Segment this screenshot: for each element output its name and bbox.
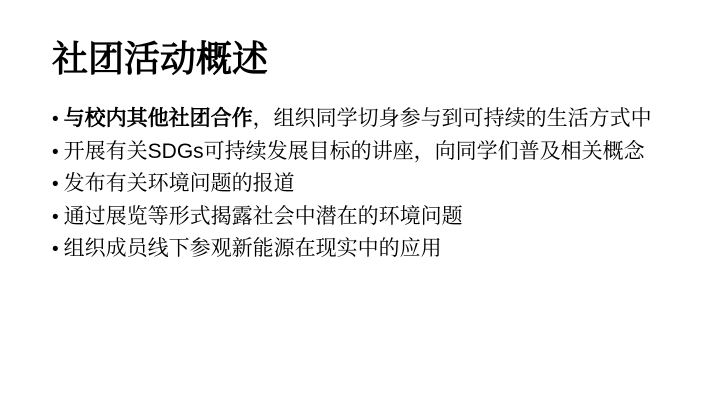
bullet-text: 通过展览等形式揭露社会中潜在的环境问题 xyxy=(64,205,463,228)
bullet-item: •开展有关SDGs可持续发展目标的讲座，向同学们普及相关概念 xyxy=(52,136,652,169)
bullet-text: 发布有关环境问题的报道 xyxy=(64,172,295,195)
bullet-text: 组织成员线下参观新能源在现实中的应用 xyxy=(64,237,442,260)
bullet-icon: • xyxy=(52,202,59,234)
bullet-text-bold: 与校内其他社团合作 xyxy=(64,107,253,130)
bullet-item: •通过展览等形式揭露社会中潜在的环境问题 xyxy=(52,201,652,234)
presentation-slide: 社团活动概述 •与校内其他社团合作，组织同学切身参与到可持续的生活方式中 •开展… xyxy=(0,0,720,405)
bullet-icon: • xyxy=(52,104,59,136)
bullet-icon: • xyxy=(52,234,59,266)
bullet-icon: • xyxy=(52,169,59,201)
slide-title: 社团活动概述 xyxy=(52,38,268,79)
bullet-item: •组织成员线下参观新能源在现实中的应用 xyxy=(52,233,652,266)
bullet-text: ，组织同学切身参与到可持续的生活方式中 xyxy=(253,107,652,130)
bullet-icon: • xyxy=(52,137,59,169)
bullet-text: 开展有关SDGs可持续发展目标的讲座，向同学们普及相关概念 xyxy=(64,140,645,163)
bullet-item: •发布有关环境问题的报道 xyxy=(52,168,652,201)
bullet-list: •与校内其他社团合作，组织同学切身参与到可持续的生活方式中 •开展有关SDGs可… xyxy=(52,103,652,266)
bullet-item: •与校内其他社团合作，组织同学切身参与到可持续的生活方式中 xyxy=(52,103,652,136)
